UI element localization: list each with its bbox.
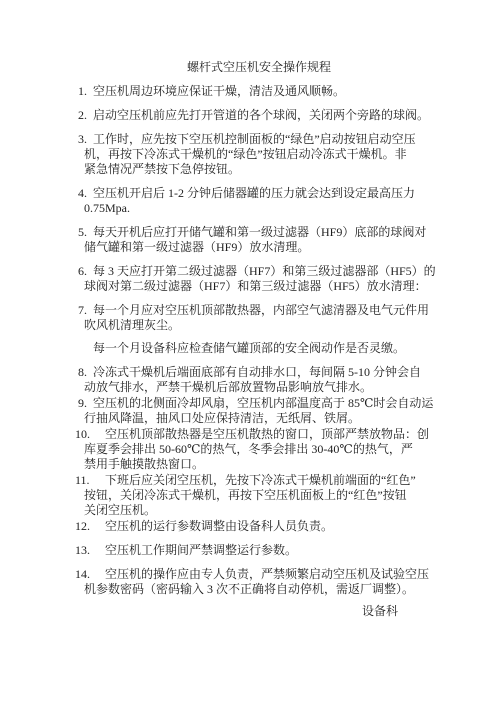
rule-number: 7. — [75, 303, 93, 318]
rule-continuation-line: 吹风机清理灰尘。 — [75, 318, 443, 333]
rule-text: 空压机顶部散热器是空压机散热的窗口，顶部严禁放物品：创 — [105, 427, 429, 441]
rule-continuation-line: 行抽风降温，抽风口处应保持清洁，无纸屑、铁屑。 — [75, 411, 443, 426]
rule-first-line: 9.空压机的北侧面冷却风扇，空压机内部温度高于 85℃时会自动运 — [75, 396, 443, 411]
rule-number: 11. — [75, 473, 105, 488]
rule-first-line: 1.空压机周边环境应保证干燥，清洁及通风顺畅。 — [75, 84, 443, 99]
rule-number: 13. — [75, 543, 105, 558]
rule-item: 5.每天开机后应打开储气罐和第一级过滤器（HF9）底部的球阀对储气罐和第一级过滤… — [75, 225, 443, 255]
rule-text: 空压机工作期间严禁调整运行参数。 — [105, 543, 297, 557]
rule-continuation-line: 库夏季会排出 50-60℃的热气，冬季会排出 30-40℃的热气，严 — [75, 442, 443, 457]
rule-text: 空压机的运行参数调整由设备科人员负责。 — [105, 519, 333, 533]
rule-number: 14. — [75, 567, 105, 582]
rule-sub-paragraph: 每一个月设备科应检查储气罐顶部的安全阀动作是否灵缴。 — [75, 341, 443, 356]
rule-first-line: 5.每天开机后应打开储气罐和第一级过滤器（HF9）底部的球阀对 — [75, 225, 443, 240]
rule-item: 12.空压机的运行参数调整由设备科人员负责。 — [75, 519, 443, 534]
rule-item: 4.空压机开启后 1-2 分钟后储器罐的压力就会达到设定最高压力0.75Mpa. — [75, 186, 443, 216]
rule-continuation-line: 动放气排水，严禁干燥机后部放置物品影响放气排水。 — [75, 380, 443, 395]
rule-continuation-line: 球阀对第二级过滤器（HF7）和第三级过滤器（HF5）放水清理： — [75, 279, 443, 294]
rule-continuation-line: 储气罐和第一级过滤器（HF9）放水清理。 — [75, 240, 443, 255]
rule-first-line: 13.空压机工作期间严禁调整运行参数。 — [75, 543, 443, 558]
document-content: 螺杆式空压机安全操作规程 1.空压机周边环境应保证干燥，清洁及通风顺畅。2.启动… — [0, 0, 500, 619]
rules-list: 1.空压机周边环境应保证干燥，清洁及通风顺畅。2.启动空压机前应先打开管道的各个… — [75, 84, 443, 597]
rule-number: 5. — [75, 225, 93, 240]
rule-continuation-line: 0.75Mpa. — [75, 201, 443, 216]
rule-number: 8. — [75, 365, 93, 380]
rule-sub-line: 每一个月设备科应检查储气罐顶部的安全阀动作是否灵缴。 — [75, 341, 443, 356]
rule-continuation-line: 禁用手触摸散热窗口。 — [75, 457, 443, 472]
rule-number: 6. — [75, 264, 93, 279]
rule-text: 空压机的北侧面冷却风扇，空压机内部温度高于 85℃时会自动运 — [93, 396, 433, 410]
rule-item: 9.空压机的北侧面冷却风扇，空压机内部温度高于 85℃时会自动运行抽风降温，抽风… — [75, 396, 443, 426]
rule-continuation-line: 机，再按下冷冻式干燥机的“绿色”按钮启动冷冻式干燥机。非 — [75, 147, 443, 162]
rule-text: 下班后应关闭空压机，先按下冷冻式干燥机前端面的“红色” — [105, 473, 416, 487]
rule-first-line: 8.冷冻式干燥机后端面底部有自动排水口，每间隔 5-10 分钟会自 — [75, 365, 443, 380]
rule-text: 每 3 天应打开第二级过滤器（HF7）和第三级过滤器部（HF5）的 — [93, 264, 436, 278]
rule-first-line: 7.每一个月应对空压机顶部散热器，内部空气滤清器及电气元件用 — [75, 303, 443, 318]
rule-number: 9. — [75, 396, 93, 411]
rule-item: 1.空压机周边环境应保证干燥，清洁及通风顺畅。 — [75, 84, 443, 99]
rule-text: 冷冻式干燥机后端面底部有自动排水口，每间隔 5-10 分钟会自 — [93, 365, 421, 379]
rule-first-line: 11.下班后应关闭空压机，先按下冷冻式干燥机前端面的“红色” — [75, 473, 443, 488]
rule-first-line: 10.空压机顶部散热器是空压机散热的窗口，顶部严禁放物品：创 — [75, 427, 443, 442]
rule-number: 1. — [75, 84, 93, 99]
rule-text: 空压机周边环境应保证干燥，清洁及通风顺畅。 — [93, 84, 345, 98]
rule-first-line: 12.空压机的运行参数调整由设备科人员负责。 — [75, 519, 443, 534]
rule-text: 每一个月应对空压机顶部散热器，内部空气滤清器及电气元件用 — [93, 303, 429, 317]
rule-number: 4. — [75, 186, 93, 201]
rule-continuation-line: 按钮，关闭冷冻式干燥机，再按下空压机面板上的“红色”按钮 — [75, 488, 443, 503]
rule-number: 12. — [75, 519, 105, 534]
rule-text: 每天开机后应打开储气罐和第一级过滤器（HF9）底部的球阀对 — [93, 225, 426, 239]
document-page: 螺杆式空压机安全操作规程 1.空压机周边环境应保证干燥，清洁及通风顺畅。2.启动… — [0, 0, 500, 707]
rule-first-line: 3.工作时，应先按下空压机控制面板的“绿色”启动按钮启动空压 — [75, 132, 443, 147]
rule-text: 工作时，应先按下空压机控制面板的“绿色”启动按钮启动空压 — [93, 132, 416, 146]
rule-item: 2.启动空压机前应先打开管道的各个球阀，关闭两个旁路的球阀。 — [75, 108, 443, 123]
rule-text: 空压机的操作应由专人负责，严禁频繁启动空压机及试验空压 — [105, 567, 429, 581]
rule-number: 2. — [75, 108, 93, 123]
rule-first-line: 6.每 3 天应打开第二级过滤器（HF7）和第三级过滤器部（HF5）的 — [75, 264, 443, 279]
rule-number: 3. — [75, 132, 93, 147]
rule-first-line: 2.启动空压机前应先打开管道的各个球阀，关闭两个旁路的球阀。 — [75, 108, 443, 123]
document-title: 螺杆式空压机安全操作规程 — [75, 60, 443, 75]
rule-first-line: 14.空压机的操作应由专人负责，严禁频繁启动空压机及试验空压 — [75, 567, 443, 582]
rule-first-line: 4.空压机开启后 1-2 分钟后储器罐的压力就会达到设定最高压力 — [75, 186, 443, 201]
rule-item: 13.空压机工作期间严禁调整运行参数。 — [75, 543, 443, 558]
rule-item: 14.空压机的操作应由专人负责，严禁频繁启动空压机及试验空压机参数密码（密码输入… — [75, 567, 443, 597]
rule-item: 8.冷冻式干燥机后端面底部有自动排水口，每间隔 5-10 分钟会自动放气排水，严… — [75, 365, 443, 395]
rule-item: 10.空压机顶部散热器是空压机散热的窗口，顶部严禁放物品：创库夏季会排出 50-… — [75, 427, 443, 472]
rule-number: 10. — [75, 427, 105, 442]
rule-continuation-line: 机参数密码（密码输入 3 次不正确将自动停机，需返厂调整）。 — [75, 582, 443, 597]
rule-item: 6.每 3 天应打开第二级过滤器（HF7）和第三级过滤器部（HF5）的球阀对第二… — [75, 264, 443, 294]
rule-item: 7.每一个月应对空压机顶部散热器，内部空气滤清器及电气元件用吹风机清理灰尘。每一… — [75, 303, 443, 356]
rule-item: 11.下班后应关闭空压机，先按下冷冻式干燥机前端面的“红色”按钮，关闭冷冻式干燥… — [75, 473, 443, 518]
rule-continuation-line: 紧急情况严禁按下急停按钮。 — [75, 162, 443, 177]
rule-continuation-line: 关闭空压机。 — [75, 503, 443, 518]
signature: 设备科 — [75, 604, 398, 619]
rule-text: 空压机开启后 1-2 分钟后储器罐的压力就会达到设定最高压力 — [93, 186, 415, 200]
rule-text: 启动空压机前应先打开管道的各个球阀，关闭两个旁路的球阀。 — [93, 108, 429, 122]
rule-item: 3.工作时，应先按下空压机控制面板的“绿色”启动按钮启动空压机，再按下冷冻式干燥… — [75, 132, 443, 177]
